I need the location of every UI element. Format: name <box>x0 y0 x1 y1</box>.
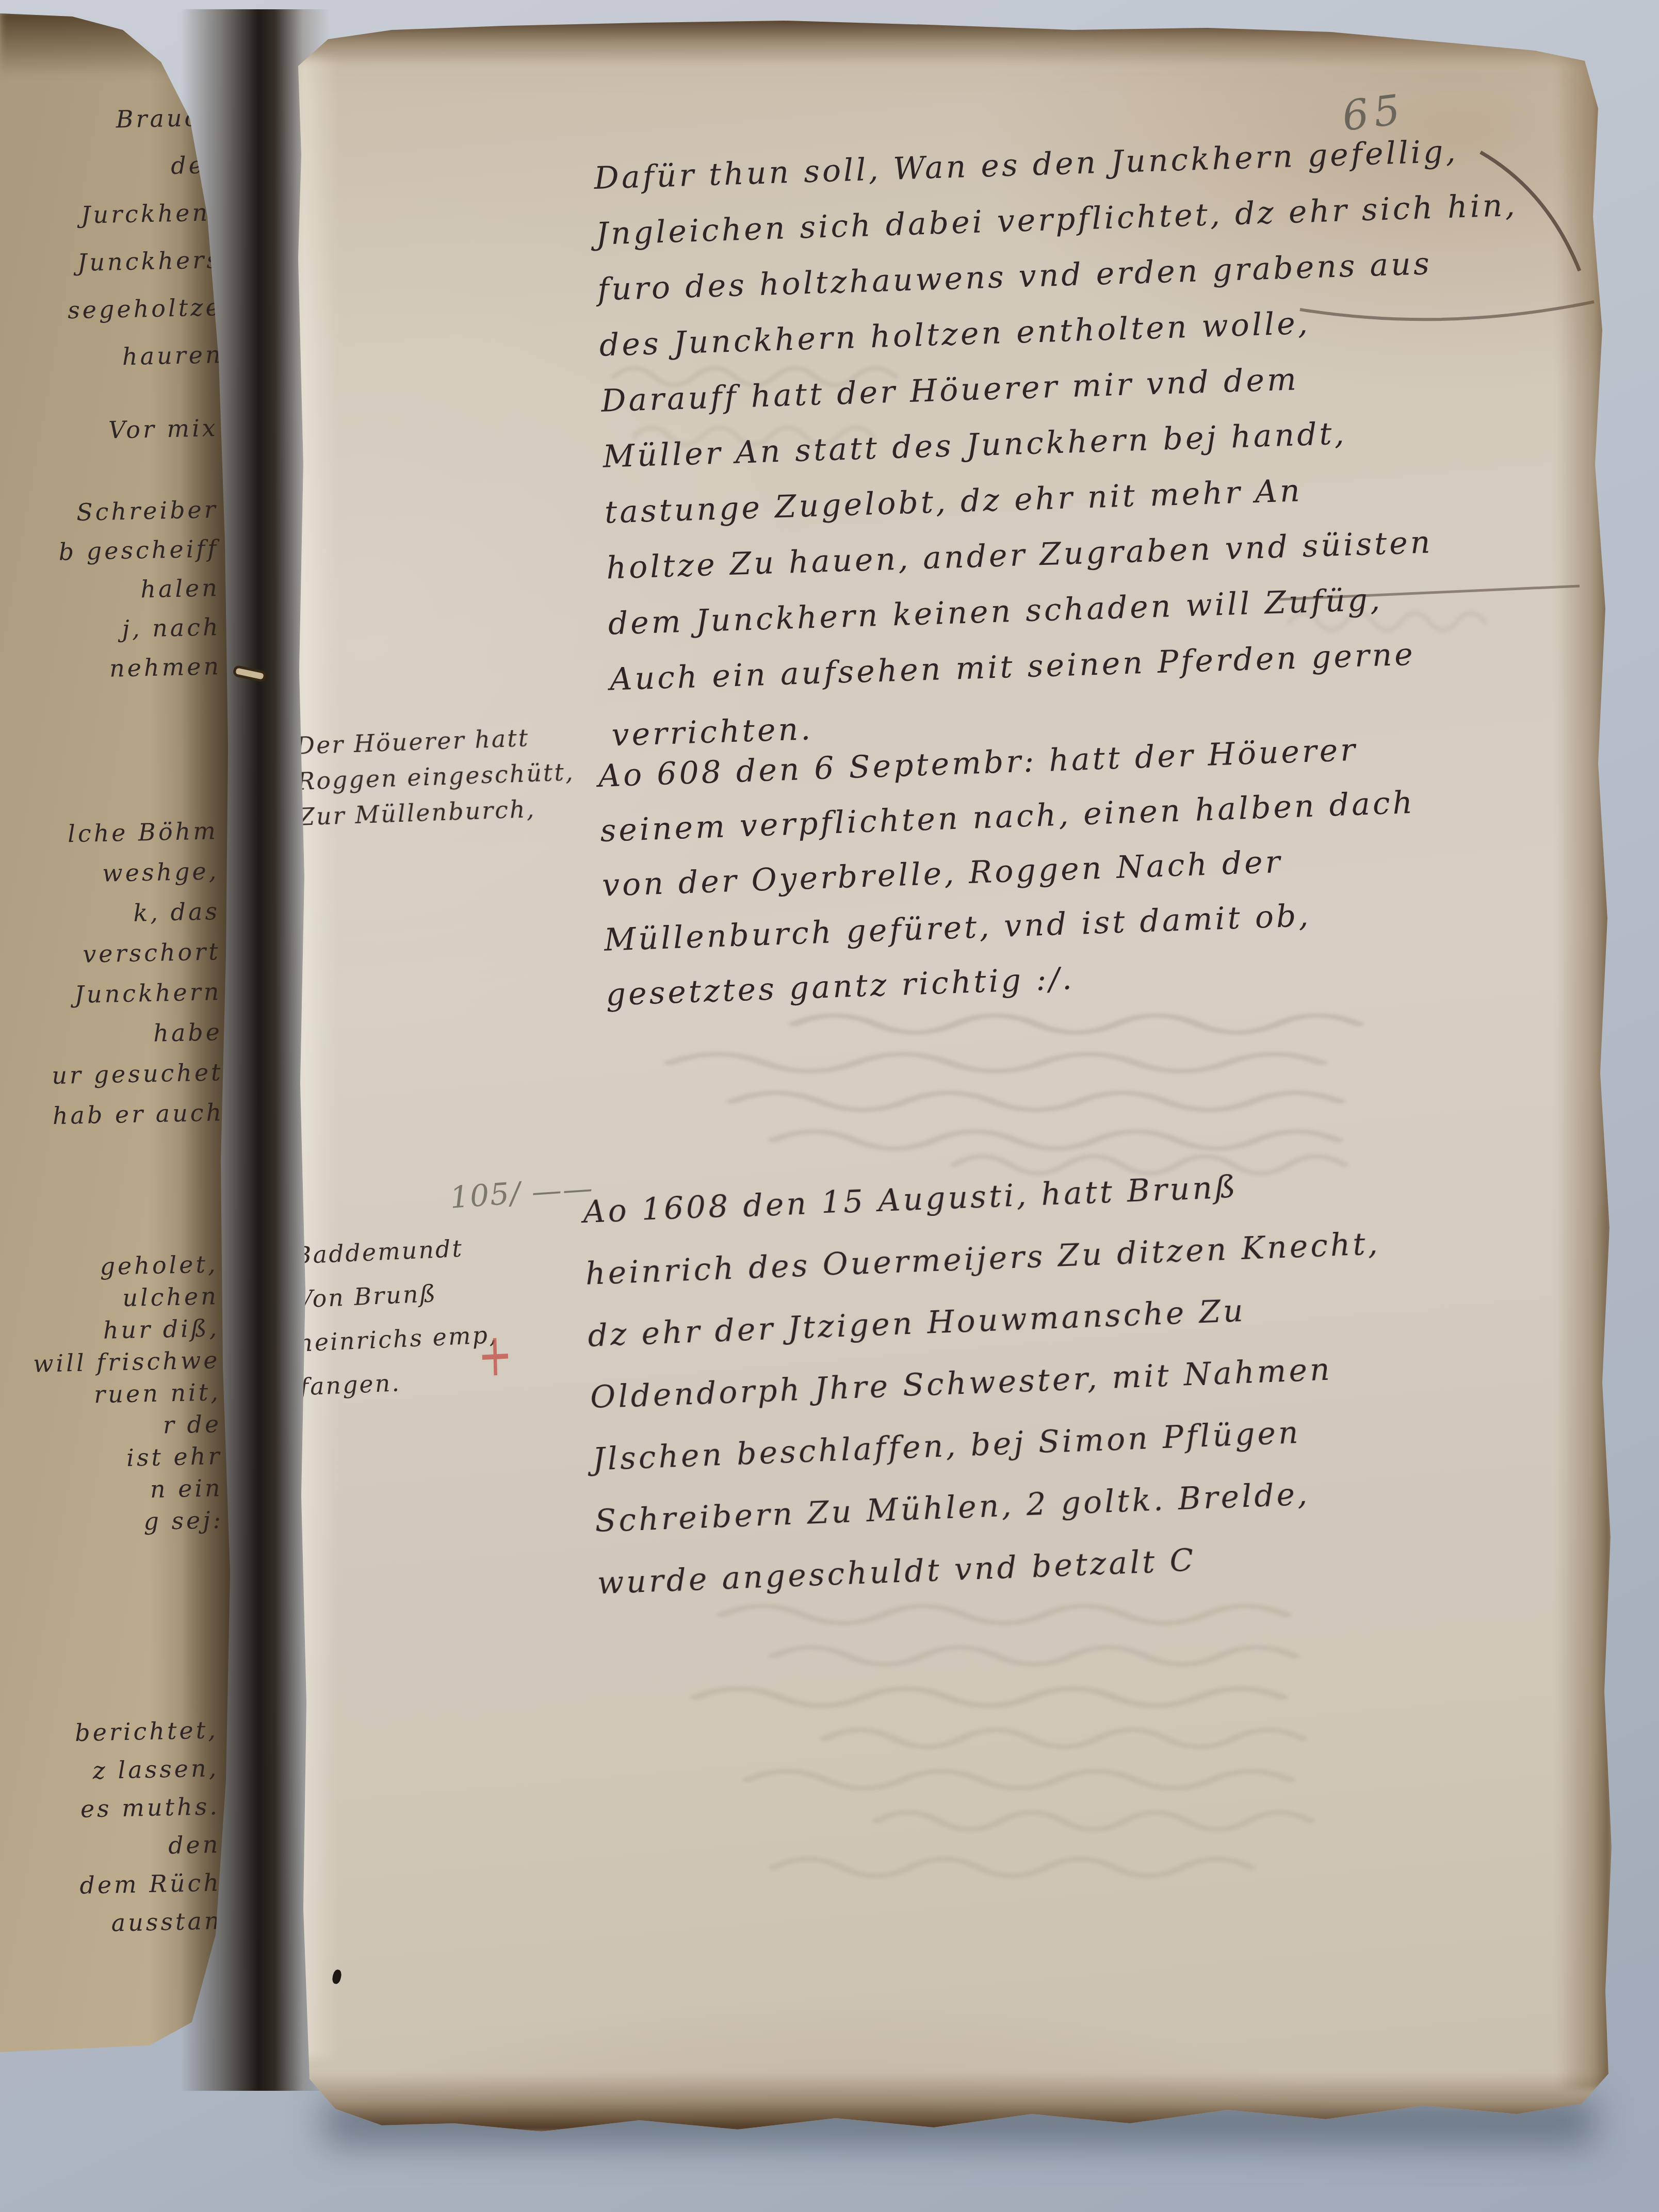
red-cross-mark: + <box>477 1320 513 1391</box>
paragraph-1: Dafür thun soll, Wan es den Junckhern ge… <box>593 122 1534 763</box>
page-edge-shading <box>289 14 1612 66</box>
margin-note-line: fangen. <box>299 1357 501 1409</box>
margin-note-1: Der Höuerer hattRoggen eingeschütt,Zur M… <box>295 719 576 835</box>
page-edge-shading <box>1556 31 1613 2089</box>
margin-note-2: BaddemundtVon Brunßheinrichs emp,fangen. <box>293 1225 501 1409</box>
photo-background: BrauchderJurckhen,Junckherssegeholtzehau… <box>0 0 1659 2212</box>
paragraph-2: Ao 608 den 6 Septembr: hatt der Höuerers… <box>597 721 1422 1022</box>
margin-note-line: heinrichs emp, <box>297 1313 499 1365</box>
paragraph-3: Ao 1608 den 15 Augusti, hatt Brunßheinri… <box>582 1151 1393 1615</box>
pencil-mark: 105/ —— <box>449 1170 595 1215</box>
